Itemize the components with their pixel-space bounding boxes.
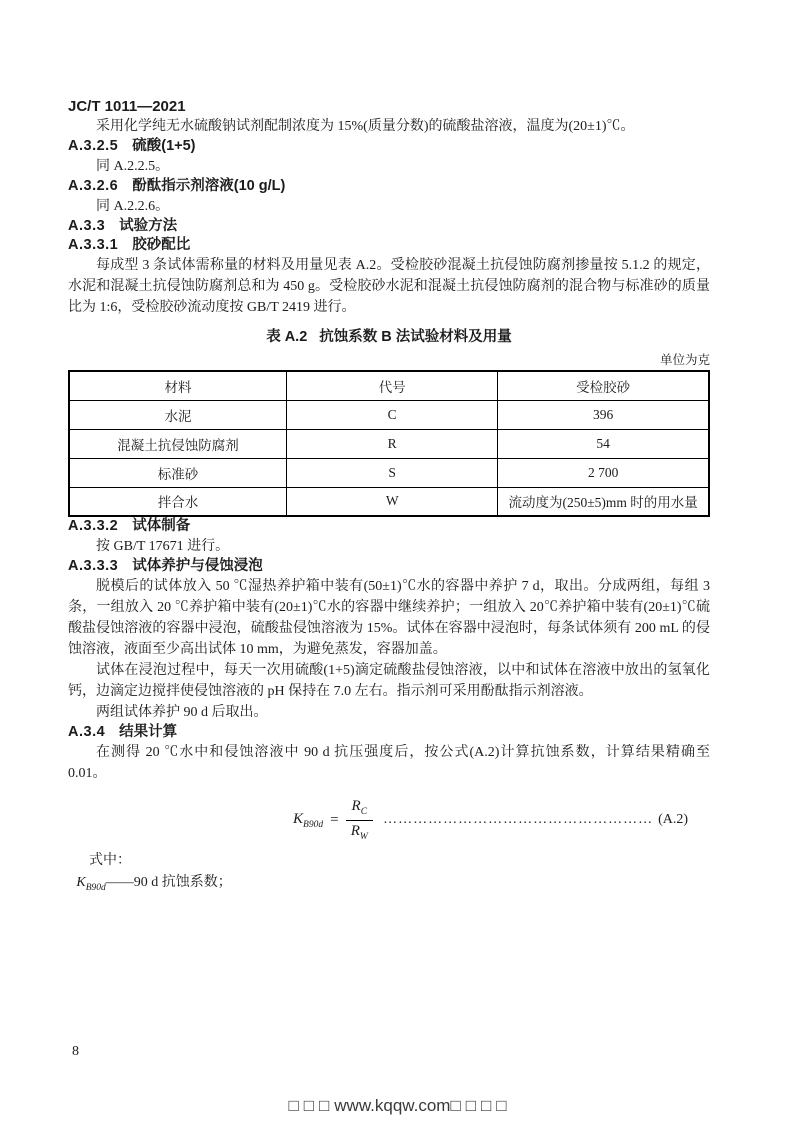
fraction-denominator: RW <box>351 821 368 843</box>
section-number: A.3.3.2 <box>68 518 118 534</box>
symbol-k: K <box>76 875 85 890</box>
table-header-row: 材料 代号 受检胶砂 <box>69 371 709 400</box>
cell-symbol: S <box>287 458 498 487</box>
cell-material: 拌合水 <box>69 487 287 516</box>
table-caption: 表 A.2抗蚀系数 B 法试验材料及用量 <box>68 328 710 347</box>
cell-symbol: C <box>287 400 498 429</box>
cell-amount: 2 700 <box>498 458 709 487</box>
formula-a2: KB90d = RC RW ……………………………………………………… (A.2… <box>68 796 710 844</box>
paragraph-intro: 采用化学纯无水硫酸钠试剂配制浓度为 15%(质量分数)的硫酸盐溶液，温度为(20… <box>68 116 710 137</box>
section-number: A.3.3.1 <box>68 237 118 253</box>
cell-amount: 流动度为(250±5)mm 时的用水量 <box>498 487 709 516</box>
denominator-subscript: W <box>360 832 368 842</box>
section-number: A.3.2.5 <box>68 138 118 154</box>
cell-symbol: R <box>287 429 498 458</box>
table-row: 混凝土抗侵蚀防腐剂 R 54 <box>69 429 709 458</box>
paragraph-a333-curing: 脱模后的试体放入 50 ℃湿热养护箱中装有(50±1)℃水的容器中养护 7 d，… <box>68 576 710 660</box>
formula-lhs: KB90d <box>293 811 323 830</box>
section-heading-a325: A.3.2.5硫酸(1+5) <box>68 137 710 156</box>
table-unit-note: 单位为克 <box>68 352 710 368</box>
denominator-symbol: R <box>351 823 360 839</box>
section-heading-a33: A.3.3试验方法 <box>68 217 710 236</box>
numerator-subscript: C <box>361 807 367 817</box>
paragraph-a333-removal: 两组试体养护 90 d 后取出。 <box>68 702 710 723</box>
where-clause-label: 式中： <box>68 850 710 871</box>
cell-amount: 54 <box>498 429 709 458</box>
formula-symbol-k: K <box>293 811 303 827</box>
section-number: A.3.2.6 <box>68 178 118 194</box>
cell-material: 混凝土抗侵蚀防腐剂 <box>69 429 287 458</box>
table-row: 标准砂 S 2 700 <box>69 458 709 487</box>
cell-symbol: W <box>287 487 498 516</box>
formula-number-label: (A.2) <box>658 812 688 828</box>
watermark-url: www.kqqw.com <box>334 1096 450 1115</box>
formula-dot-leader: ……………………………………………………… <box>383 812 652 828</box>
symbol-definition-text: ——90 d 抗蚀系数； <box>106 875 232 890</box>
watermark-tofu-suffix: □□□□ <box>450 1096 511 1115</box>
section-heading-a331: A.3.3.1胶砂配比 <box>68 236 710 255</box>
section-heading-a326: A.3.2.6酚酞指示剂溶液(10 g/L) <box>68 177 710 196</box>
watermark: □□□www.kqqw.com□□□□ <box>0 1096 800 1116</box>
symbol-k-subscript: B90d <box>86 883 106 893</box>
section-title: 结果计算 <box>119 724 177 740</box>
section-number: A.3.3 <box>68 218 105 234</box>
paragraph-a333-titration: 试体在浸泡过程中，每天一次用硫酸(1+5)滴定硫酸盐侵蚀溶液，以中和试体在溶液中… <box>68 660 710 702</box>
fraction-numerator: RC <box>346 798 374 821</box>
section-title: 试体养护与侵蚀浸泡 <box>132 558 263 574</box>
table-number: 表 A.2 <box>266 329 307 345</box>
doc-code-header: JC/T 1011—2021 <box>68 98 710 116</box>
table-title-text: 抗蚀系数 B 法试验材料及用量 <box>319 329 512 345</box>
section-heading-a332: A.3.3.2试体制备 <box>68 517 710 536</box>
page-content: JC/T 1011—2021 采用化学纯无水硫酸钠试剂配制浓度为 15%(质量分… <box>0 0 800 899</box>
column-header-symbol: 代号 <box>287 371 498 400</box>
section-title: 酚酞指示剂溶液(10 g/L) <box>132 178 285 194</box>
paragraph-a331: 每成型 3 条试体需称量的材料及用量见表 A.2。受检胶砂混凝土抗侵蚀防腐剂掺量… <box>68 255 710 318</box>
section-number: A.3.3.3 <box>68 558 118 574</box>
section-title: 胶砂配比 <box>132 237 190 253</box>
cell-material: 标准砂 <box>69 458 287 487</box>
paragraph-a332: 按 GB/T 17671 进行。 <box>68 536 710 557</box>
section-title: 硫酸(1+5) <box>132 138 195 154</box>
column-header-material: 材料 <box>69 371 287 400</box>
equals-sign: = <box>330 812 338 829</box>
column-header-mortar: 受检胶砂 <box>498 371 709 400</box>
paragraph-a34: 在测得 20 ℃水中和侵蚀溶液中 90 d 抗压强度后，按公式(A.2)计算抗蚀… <box>68 742 710 784</box>
table-row: 水泥 C 396 <box>69 400 709 429</box>
cell-material: 水泥 <box>69 400 287 429</box>
formula-symbol-k-subscript: B90d <box>303 820 323 830</box>
formula-fraction: RC RW <box>346 798 374 843</box>
page-number: 8 <box>72 1044 79 1060</box>
section-heading-a333: A.3.3.3试体养护与侵蚀浸泡 <box>68 557 710 576</box>
watermark-tofu-prefix: □□□ <box>288 1096 334 1115</box>
section-title: 试体制备 <box>132 518 190 534</box>
paragraph-a325: 同 A.2.2.5。 <box>68 156 710 177</box>
section-heading-a34: A.3.4结果计算 <box>68 723 710 742</box>
numerator-symbol: R <box>352 798 361 814</box>
section-title: 试验方法 <box>119 218 177 234</box>
materials-table: 材料 代号 受检胶砂 水泥 C 396 混凝土抗侵蚀防腐剂 R 54 标准砂 <box>68 370 710 517</box>
paragraph-a326: 同 A.2.2.6。 <box>68 196 710 217</box>
cell-amount: 396 <box>498 400 709 429</box>
symbol-definition: KB90d——90 d 抗蚀系数； <box>68 872 710 899</box>
table-row: 拌合水 W 流动度为(250±5)mm 时的用水量 <box>69 487 709 516</box>
section-number: A.3.4 <box>68 724 105 740</box>
document-page: JC/T 1011—2021 采用化学纯无水硫酸钠试剂配制浓度为 15%(质量分… <box>0 0 800 1132</box>
